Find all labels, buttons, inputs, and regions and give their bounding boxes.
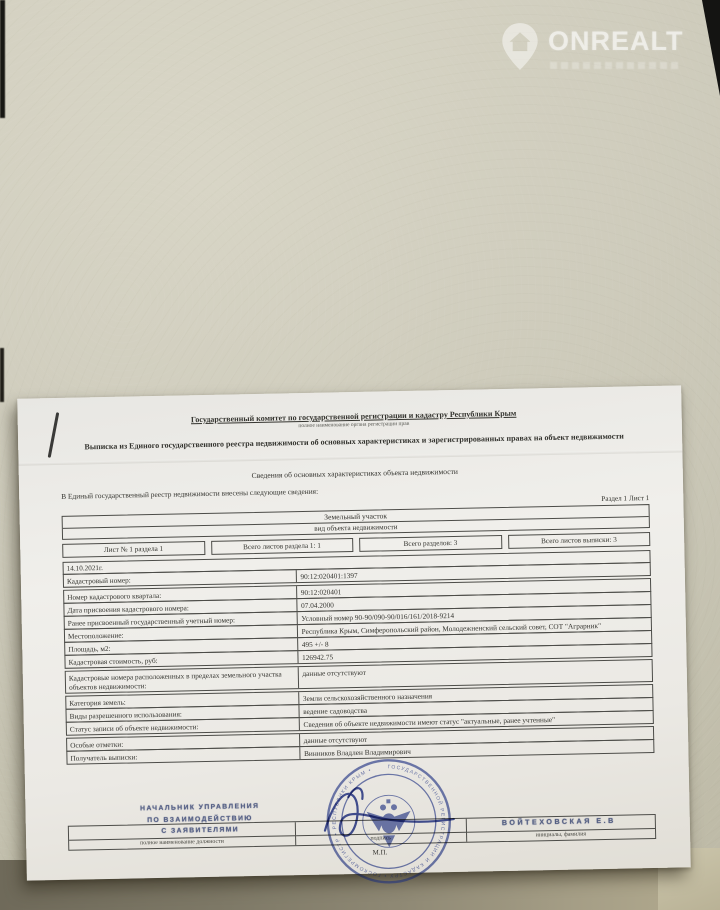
sheet-info-cell: Всего листов выписки: 3	[508, 532, 651, 549]
photo-stage: ONREALT Государственный комитет по госуд…	[0, 0, 720, 910]
photo-edge-left-mid	[0, 348, 4, 402]
sheet-info-cell: Всего разделов: 3	[359, 535, 502, 552]
onrealt-subtext-blur	[550, 62, 678, 69]
onrealt-pin-house-icon	[500, 22, 540, 72]
photo-edge-left-top	[0, 0, 5, 118]
egrn-extract-document: Государственный комитет по государственн…	[17, 385, 691, 880]
handwritten-signature	[317, 774, 461, 863]
row-label: Кадастровый номер:	[64, 570, 297, 587]
section-title: Сведения об основных характеристиках объ…	[61, 463, 649, 484]
sheet-info-cell: Всего листов раздела 1: 1	[211, 538, 354, 555]
pen-slash-mark	[48, 412, 59, 458]
onrealt-watermark: ONREALT	[492, 18, 702, 78]
document-content: Государственный комитет по государственн…	[59, 386, 654, 765]
position-stamp: НАЧАЛЬНИК УПРАВЛЕНИЯ ПО ВЗАИМОДЕЙСТВИЮ С…	[103, 800, 298, 838]
row-label: Кадастровые номера расположенных в преде…	[66, 667, 299, 693]
row-value: данные отсутствуют	[298, 660, 652, 688]
onrealt-brand-text: ONREALT	[548, 26, 684, 57]
document-title: Выписка из Единого государственного реес…	[60, 431, 648, 452]
sheet-info-cell: Лист № 1 раздела 1	[62, 541, 205, 558]
